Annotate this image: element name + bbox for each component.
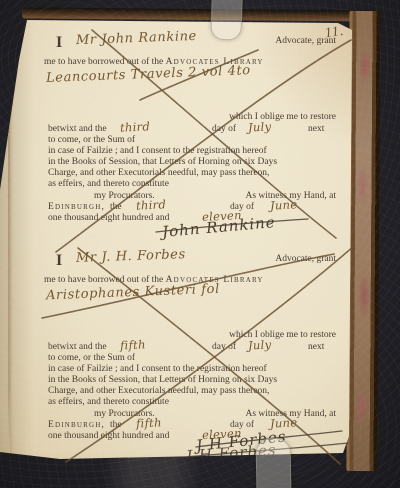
opening-line: I Mr John Rankine Advocate, grant [44,36,336,48]
printed-failzie-text-4: as effeirs, and thereto constitute [48,179,169,190]
printed-failzie-text-4: as effeirs, and thereto constitute [48,397,169,408]
year-line: one thousand eight hundred and eleven [44,431,336,443]
return-month: July [248,121,272,133]
printed-betwixt-label: betwixt and the [48,124,107,135]
printed-the-label: the [110,202,122,213]
printed-restore-text: which I oblige me to restore [229,112,336,123]
book-title: Aristophanes Kusteri fol [46,284,220,302]
signed-month: June [270,199,298,211]
printed-failzie-text-1: in case of Failzie ; and I consent to th… [48,364,267,375]
signed-day: fifth [136,417,162,429]
marbled-paper-edge [353,11,372,471]
printed-next-label: next [308,342,324,353]
printed-failzie-text-2: in the Books of Session, that Letters of… [48,375,277,386]
printed-day-of-label: day of [212,342,236,353]
borrowing-receipt-form-2: I Mr J. H. Forbes Advocate, grant me to … [44,254,336,466]
book-board-top-edge [22,7,378,21]
printed-next-label: next [308,124,324,135]
page-crease [8,58,10,454]
printed-initial: I [56,254,62,268]
borrower-name: Mr J. H. Forbes [76,249,186,264]
failzie-line-4: as effeirs, and thereto constitute [44,179,336,191]
printed-edinburgh-label: Edinburgh, [48,420,105,431]
printed-day-of-label: day of [212,124,236,135]
printed-year-text: one thousand eight hundred and [48,213,169,224]
book-title-line: Aristophanes Kusteri fol [44,287,336,299]
return-day: fifth [120,339,146,351]
printed-failzie-text-1: in case of Failzie ; and I consent to th… [48,146,267,157]
borrower-name: Mr John Rankine [76,31,197,46]
page-holder-strap-top [210,0,243,41]
printed-borrowed-text: me to have borrowed out of the [44,57,163,67]
printed-sum-text: to come, or the Sum of [48,135,135,146]
printed-restore-text: which I oblige me to restore [229,330,336,341]
printed-year-text: one thousand eight hundred and [48,431,169,442]
printed-grant-label: Advocate, grant [275,254,336,265]
printed-failzie-text-3: Charge, and other Executorials needful, … [48,386,269,397]
restore-line: which I oblige me to restore [44,112,336,124]
printed-betwixt-label: betwixt and the [48,342,107,353]
receipt-page: 11. I Mr John Rankine Advocate, grant me… [0,0,400,488]
printed-failzie-text-2: in the Books of Session, that Letters of… [48,157,277,168]
return-month: July [248,339,272,351]
printed-the-label: the [110,420,122,431]
printed-sum-text: to come, or the Sum of [48,353,135,364]
book-title-line: Leancourts Travels 2 vol 4to [44,69,336,81]
signed-day: third [136,199,167,212]
printed-edinburgh-label: Edinburgh, [48,202,105,213]
printed-initial: I [56,36,62,50]
photographed-book-page: 11. I Mr John Rankine Advocate, grant me… [0,0,400,488]
failzie-line-4: as effeirs, and thereto constitute [44,397,336,409]
borrowing-receipt-form-1: I Mr John Rankine Advocate, grant me to … [44,36,336,248]
return-day: third [120,121,151,134]
page-holder-strap-bottom [256,438,292,488]
restore-line: which I oblige me to restore [44,330,336,342]
printed-grant-label: Advocate, grant [275,36,336,47]
printed-failzie-text-3: Charge, and other Executorials needful, … [48,168,269,179]
opening-line: I Mr J. H. Forbes Advocate, grant [44,254,336,266]
